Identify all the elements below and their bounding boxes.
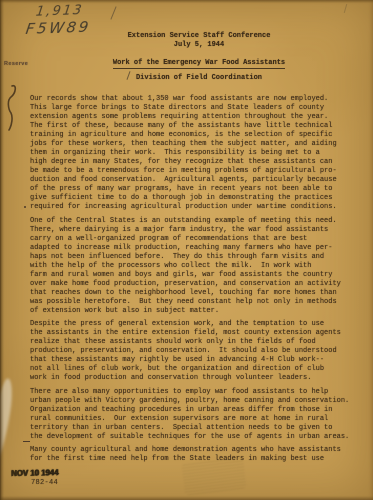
paragraph-1: Our records show that about 1,350 war fo… <box>30 95 370 212</box>
paragraph-4: There are also many opportunities to emp… <box>30 388 370 442</box>
division-line: Division of Field Coordination <box>30 74 368 83</box>
document-body: Our records show that about 1,350 war fo… <box>30 95 370 469</box>
reserve-stamp: Reserve <box>4 61 28 67</box>
ink-ghost-smudge <box>181 456 246 495</box>
document-header: Extension Service Staff Conference July … <box>30 32 368 83</box>
scan-edge-shadow-bottom <box>0 496 373 500</box>
document-number: 782-44 <box>31 479 58 487</box>
margin-dot-mark <box>24 206 26 208</box>
paragraph-3: Despite the press of general extension w… <box>30 320 370 383</box>
conference-title: Extension Service Staff Conference <box>30 32 368 41</box>
pencil-slash-mark <box>110 6 116 19</box>
scan-edge-shadow-top <box>0 0 373 3</box>
handwritten-accession-number: 1,913 <box>35 3 85 20</box>
document-subtitle: Work of the Emergency War Food Assistant… <box>30 59 368 68</box>
pencil-scratch-mark <box>344 4 347 13</box>
margin-dash-mark <box>23 441 30 442</box>
scan-edge-shadow-left <box>0 0 4 500</box>
paragraph-2: One of the Central States is an outstand… <box>30 217 370 316</box>
scanned-document-page: 1,913 F5W89 Reserve Extension Service St… <box>0 0 373 500</box>
pen-squiggle-mark <box>4 84 18 132</box>
conference-date: July 5, 1944 <box>30 41 368 50</box>
document-subtitle-text: Work of the Emergency War Food Assistant… <box>113 59 285 69</box>
received-date-stamp: NOV 10 1944 <box>11 467 59 478</box>
